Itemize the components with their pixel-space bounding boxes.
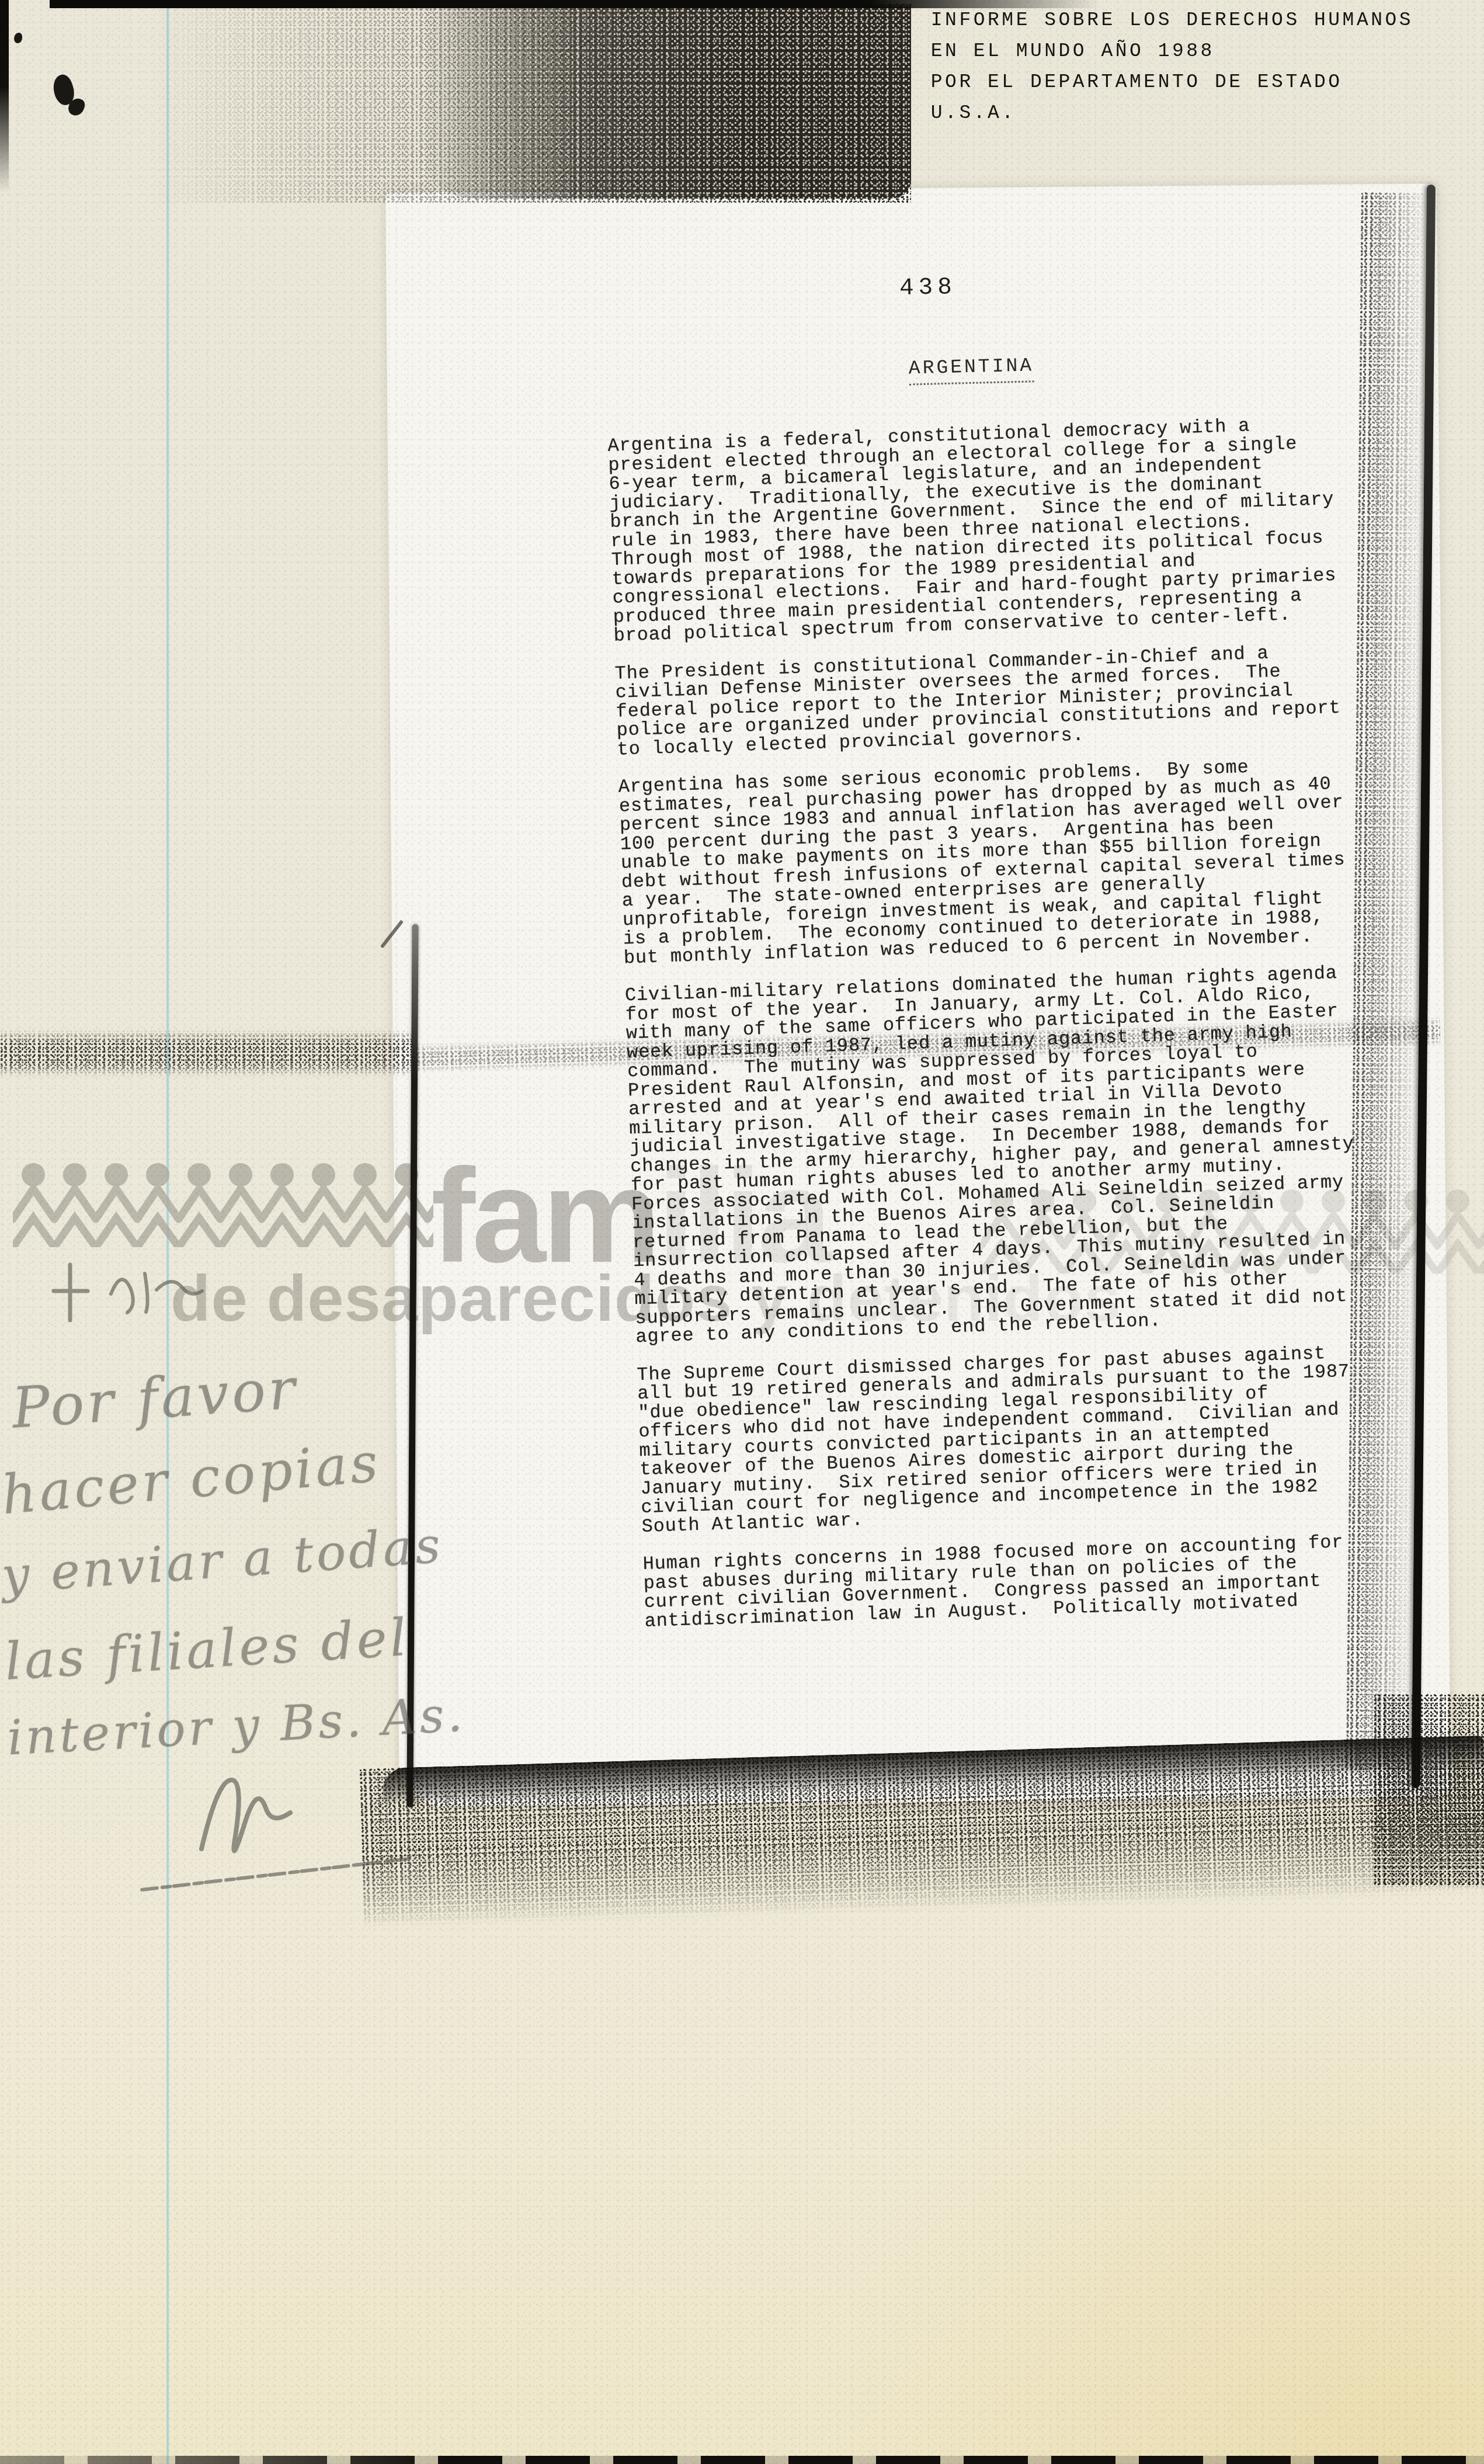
toner-dense <box>423 5 911 199</box>
header-line: |POR EL DEPARTAMENTO DE ESTADO <box>904 71 1413 102</box>
paragraph: The Supreme Court dismissed charges for … <box>637 1341 1436 1536</box>
toner-smudge-corner <box>1374 1694 1484 1887</box>
blue-margin-line <box>166 0 169 2464</box>
header-line-text: U.S.A. <box>931 102 1016 124</box>
scan-edge-bottom <box>0 2456 1484 2464</box>
paragraph: Argentina is a federal, constitutional d… <box>607 412 1408 646</box>
header-line: |INFORME SOBRE LOS DERECHOS HUMANOS <box>904 9 1413 40</box>
paragraph: Human rights concerns in 1988 focused mo… <box>642 1530 1438 1631</box>
horizontal-smear <box>0 1030 412 1077</box>
scribble-cross <box>54 1265 88 1320</box>
scan-edge-left <box>0 0 9 193</box>
paragraph: Argentina has some serious economic prob… <box>618 753 1418 968</box>
paper-aging-tint <box>818 1928 1484 2464</box>
header-line: |EN EL MUNDO AÑO 1988 <box>904 40 1413 71</box>
scan-edge-top <box>50 0 1101 8</box>
signature <box>201 1780 290 1851</box>
document-header: |INFORME SOBRE LOS DERECHOS HUMANOS |EN … <box>904 9 1413 133</box>
pencil-note-line: interior y Bs. As. <box>6 1687 467 1767</box>
page-title: ARGENTINA <box>908 355 1034 385</box>
header-line-text: EN EL MUNDO AÑO 1988 <box>931 40 1215 62</box>
page-number: 438 <box>899 274 957 302</box>
paper-doll-chain-icon <box>13 1160 433 1247</box>
header-line: |U.S.A. <box>904 102 1413 133</box>
toner-smudge-bottom <box>359 1736 1484 1928</box>
scanned-document: familia de desaparecidos y detenidos |IN… <box>0 0 1484 2464</box>
toner-smudge-top <box>149 4 911 203</box>
scribble-marks <box>111 1273 202 1313</box>
pencil-note-line: Por favor <box>10 1356 300 1441</box>
paragraph: The President is constitutional Commande… <box>614 640 1411 759</box>
pencil-note-line: y enviar a todas <box>0 1516 445 1605</box>
pencil-note-line: hacer copias <box>0 1431 383 1526</box>
header-line-text: INFORME SOBRE LOS DERECHOS HUMANOS <box>931 9 1413 31</box>
header-line-text: POR EL DEPARTAMENTO DE ESTADO <box>931 71 1343 93</box>
ink-blot <box>14 33 22 43</box>
pencil-note-line: las filiales del <box>4 1607 411 1692</box>
